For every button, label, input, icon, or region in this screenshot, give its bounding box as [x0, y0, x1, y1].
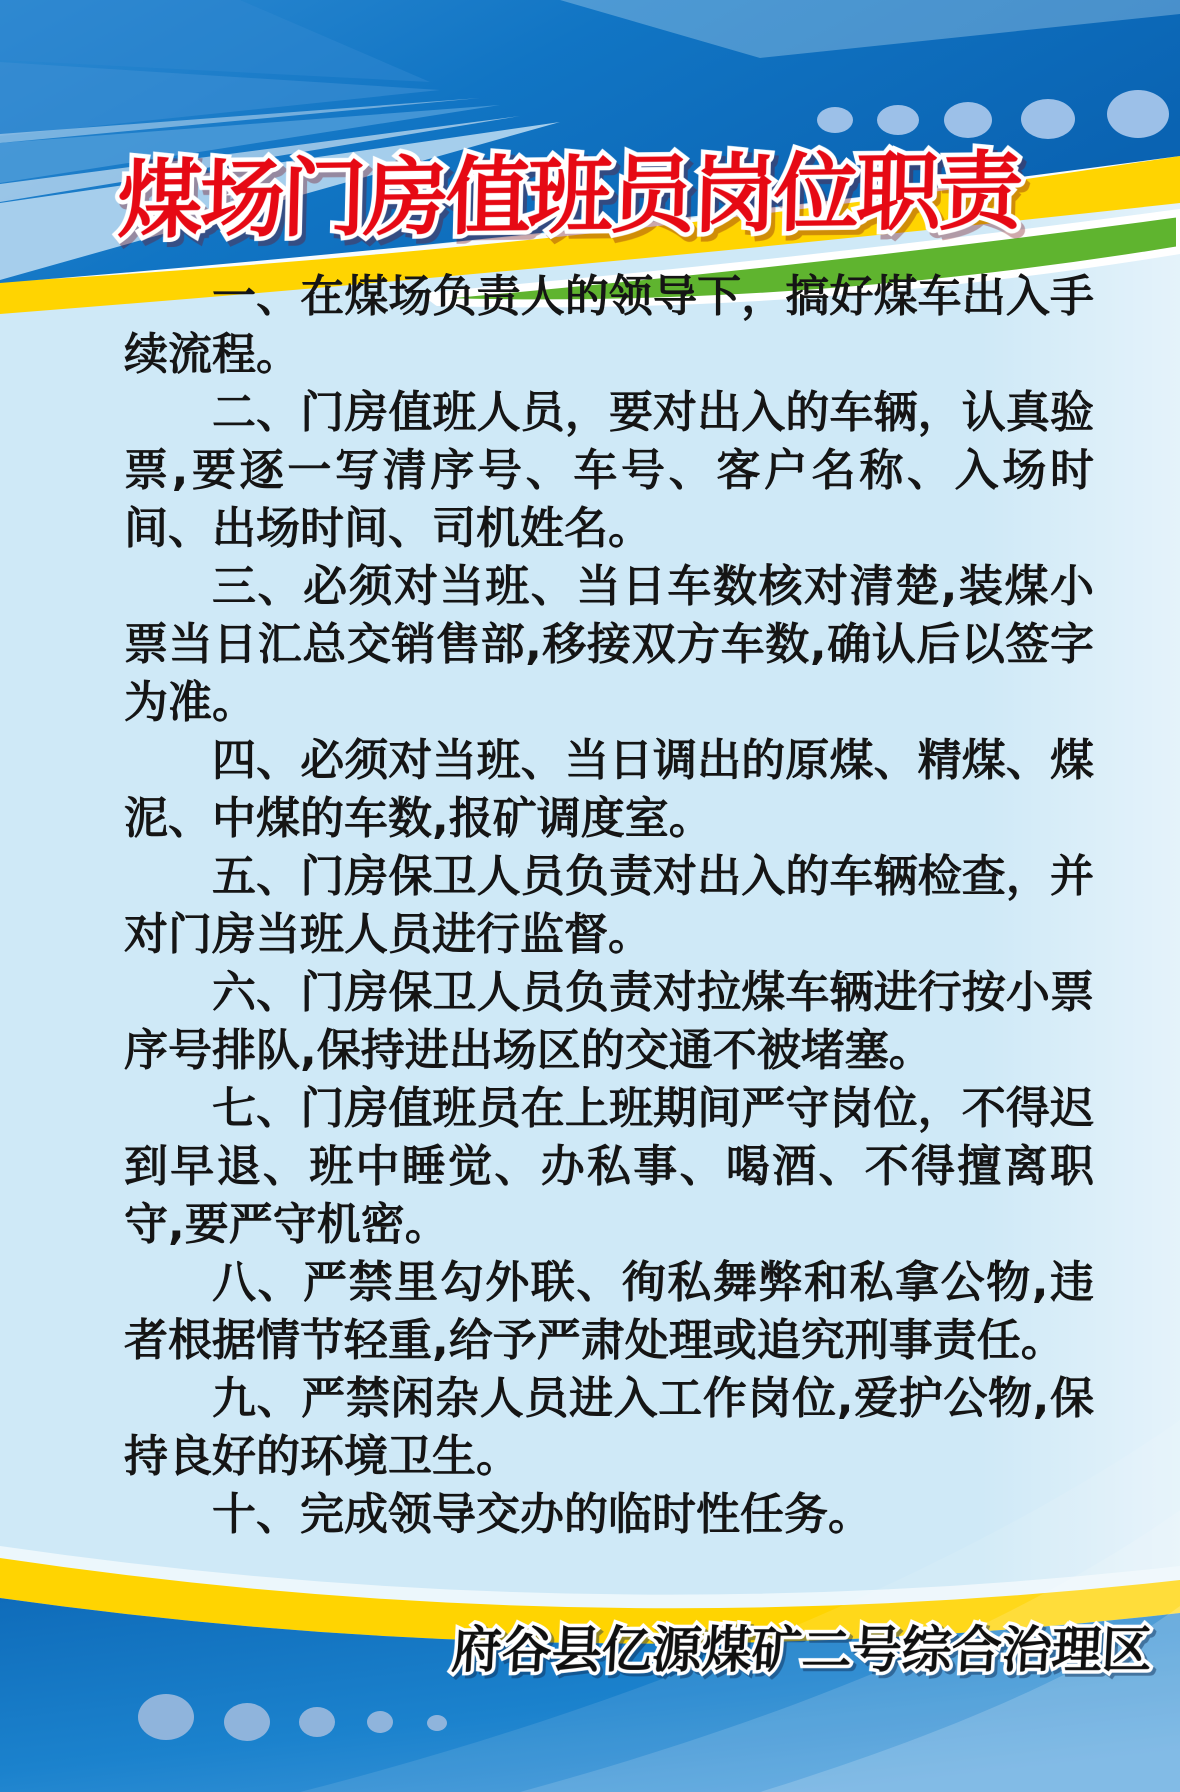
duty-item-10: 十、完成领导交办的临时性任务。	[124, 1486, 1094, 1544]
duty-item-2: 二、门房值班人员，要对出入的车辆，认真验票,要逐一写清序号、车号、客户名称、入场…	[124, 384, 1094, 558]
duty-item-8: 八、严禁里勾外联、徇私舞弊和私拿公物,违者根据情节轻重,给予严肃处理或追究刑事责…	[124, 1254, 1094, 1370]
poster-title: 煤场门房值班员岗位职责	[116, 123, 1099, 255]
duty-item-7: 七、门房值班员在上班期间严守岗位，不得迟到早退、班中睡觉、办私事、喝酒、不得擅离…	[124, 1080, 1094, 1254]
duty-item-5: 五、门房保卫人员负责对出入的车辆检查，并对门房当班人员进行监督。	[124, 848, 1094, 964]
duty-item-6: 六、门房保卫人员负责对拉煤车辆进行按小票序号排队,保持进出场区的交通不被堵塞。	[124, 964, 1094, 1080]
duty-item-1: 一、在煤场负责人的领导下，搞好煤车出入手续流程。	[124, 268, 1094, 384]
duty-item-4: 四、必须对当班、当日调出的原煤、精煤、煤泥、中煤的车数,报矿调度室。	[124, 732, 1094, 848]
duty-item-3: 三、必须对当班、当日车数核对清楚,装煤小票当日汇总交销售部,移接双方车数,确认后…	[124, 558, 1094, 732]
footer-org-name: 府谷县亿源煤矿二号综合治理区	[450, 1610, 1154, 1682]
duty-list: 一、在煤场负责人的领导下，搞好煤车出入手续流程。 二、门房值班人员，要对出入的车…	[124, 268, 1094, 1544]
duty-item-9: 九、严禁闲杂人员进入工作岗位,爱护公物,保持良好的环境卫生。	[124, 1370, 1094, 1486]
poster-root: 煤场门房值班员岗位职责 一、在煤场负责人的领导下，搞好煤车出入手续流程。 二、门…	[0, 0, 1180, 1792]
